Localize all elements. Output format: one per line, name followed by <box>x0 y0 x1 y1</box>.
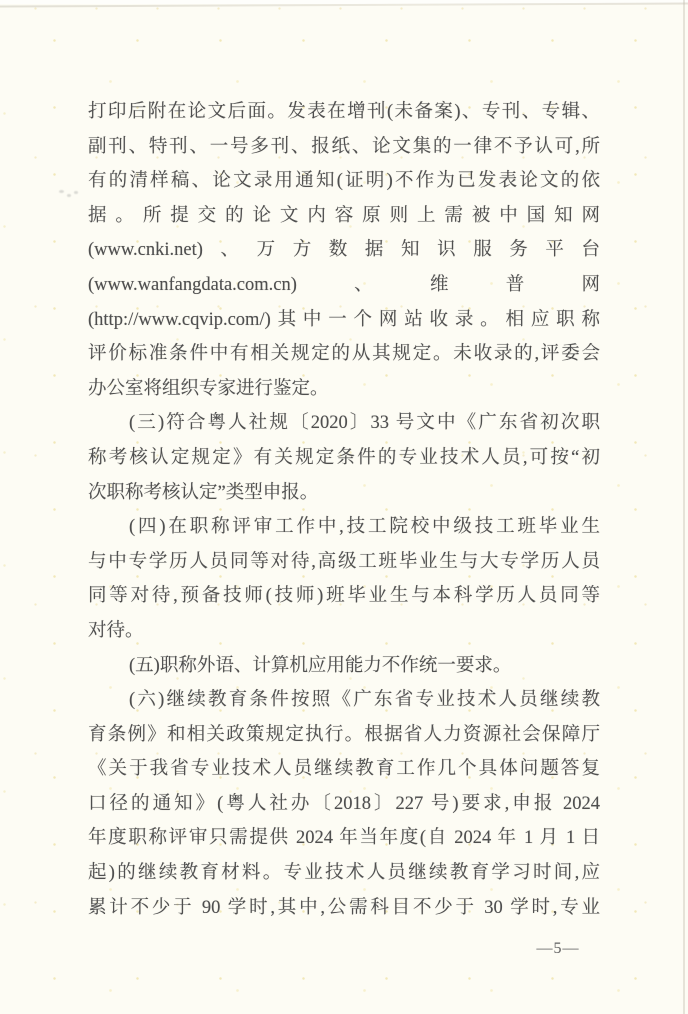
scan-smudge <box>74 191 78 194</box>
text-line: (五)职称外语、计算机应用能力不作统一要求。 <box>88 649 600 684</box>
text-line: 累计不少于 90 学时,其中,公需科目不少于 30 学时,专业 <box>88 891 600 926</box>
scan-smudge <box>59 190 64 193</box>
text-line: 次职称考核认定”类型申报。 <box>88 476 600 511</box>
text-line: 起)的继续教育材料。专业技术人员继续教育学习时间,应 <box>88 856 600 891</box>
scan-smudge <box>67 194 71 197</box>
text-line: 口径的通知》(粤人社办〔2018〕227 号)要求,申报 2024 <box>88 787 600 822</box>
document-page: 打印后附在论文后面。发表在增刊(未备案)、专刊、专辑、 副刊、特刊、一号多刊、报… <box>0 0 688 1014</box>
text-line: 副刊、特刊、一号多刊、报纸、论文集的一律不予认可,所 <box>88 130 600 165</box>
text-line: (四)在职称评审工作中,技工院校中级技工班毕业生 <box>88 510 600 545</box>
text-line: 对待。 <box>88 614 600 649</box>
text-line: 评价标准条件中有相关规定的从其规定。未收录的,评委会 <box>88 337 600 372</box>
text-line: 称考核认定规定》有关规定条件的专业技术人员,可按“初 <box>88 441 600 476</box>
text-line: 同等对待,预备技师(技师)班毕业生与本科学历人员同等 <box>88 579 600 614</box>
text-line: (三)符合粤人社规〔2020〕33 号文中《广东省初次职 <box>88 406 600 441</box>
scan-edge-right-line <box>683 0 685 1014</box>
text-line: 与中专学历人员同等对待,高级工班毕业生与大专学历人员 <box>88 545 600 580</box>
text-line: (六)继续教育条件按照《广东省专业技术人员继续教 <box>88 683 600 718</box>
text-line: 有的清样稿、论文录用通知(证明)不作为已发表论文的依 <box>88 164 600 199</box>
page-number: —5— <box>528 940 588 958</box>
text-line: 打印后附在论文后面。发表在增刊(未备案)、专刊、专辑、 <box>88 95 600 130</box>
text-line: (www.cnki.net)、万方数据知识服务平台 <box>88 233 600 268</box>
text-line: 《关于我省专业技术人员继续教育工作几个具体问题答复 <box>88 752 600 787</box>
document-body: 打印后附在论文后面。发表在增刊(未备案)、专刊、专辑、 副刊、特刊、一号多刊、报… <box>88 95 600 925</box>
text-line: 年度职称评审只需提供 2024 年当年度(自 2024 年 1 月 1 日 <box>88 821 600 856</box>
text-line: (www.wanfangdata.com.cn)、维普网 <box>88 268 600 303</box>
text-line: 育条例》和相关政策规定执行。根据省人力资源社会保障厅 <box>88 718 600 753</box>
text-line: 据。所提交的论文内容原则上需被中国知网 <box>88 199 600 234</box>
text-line: (http://www.cqvip.com/)其中一个网站收录。相应职称 <box>88 303 600 338</box>
text-line: 办公室将组织专家进行鉴定。 <box>88 372 600 407</box>
